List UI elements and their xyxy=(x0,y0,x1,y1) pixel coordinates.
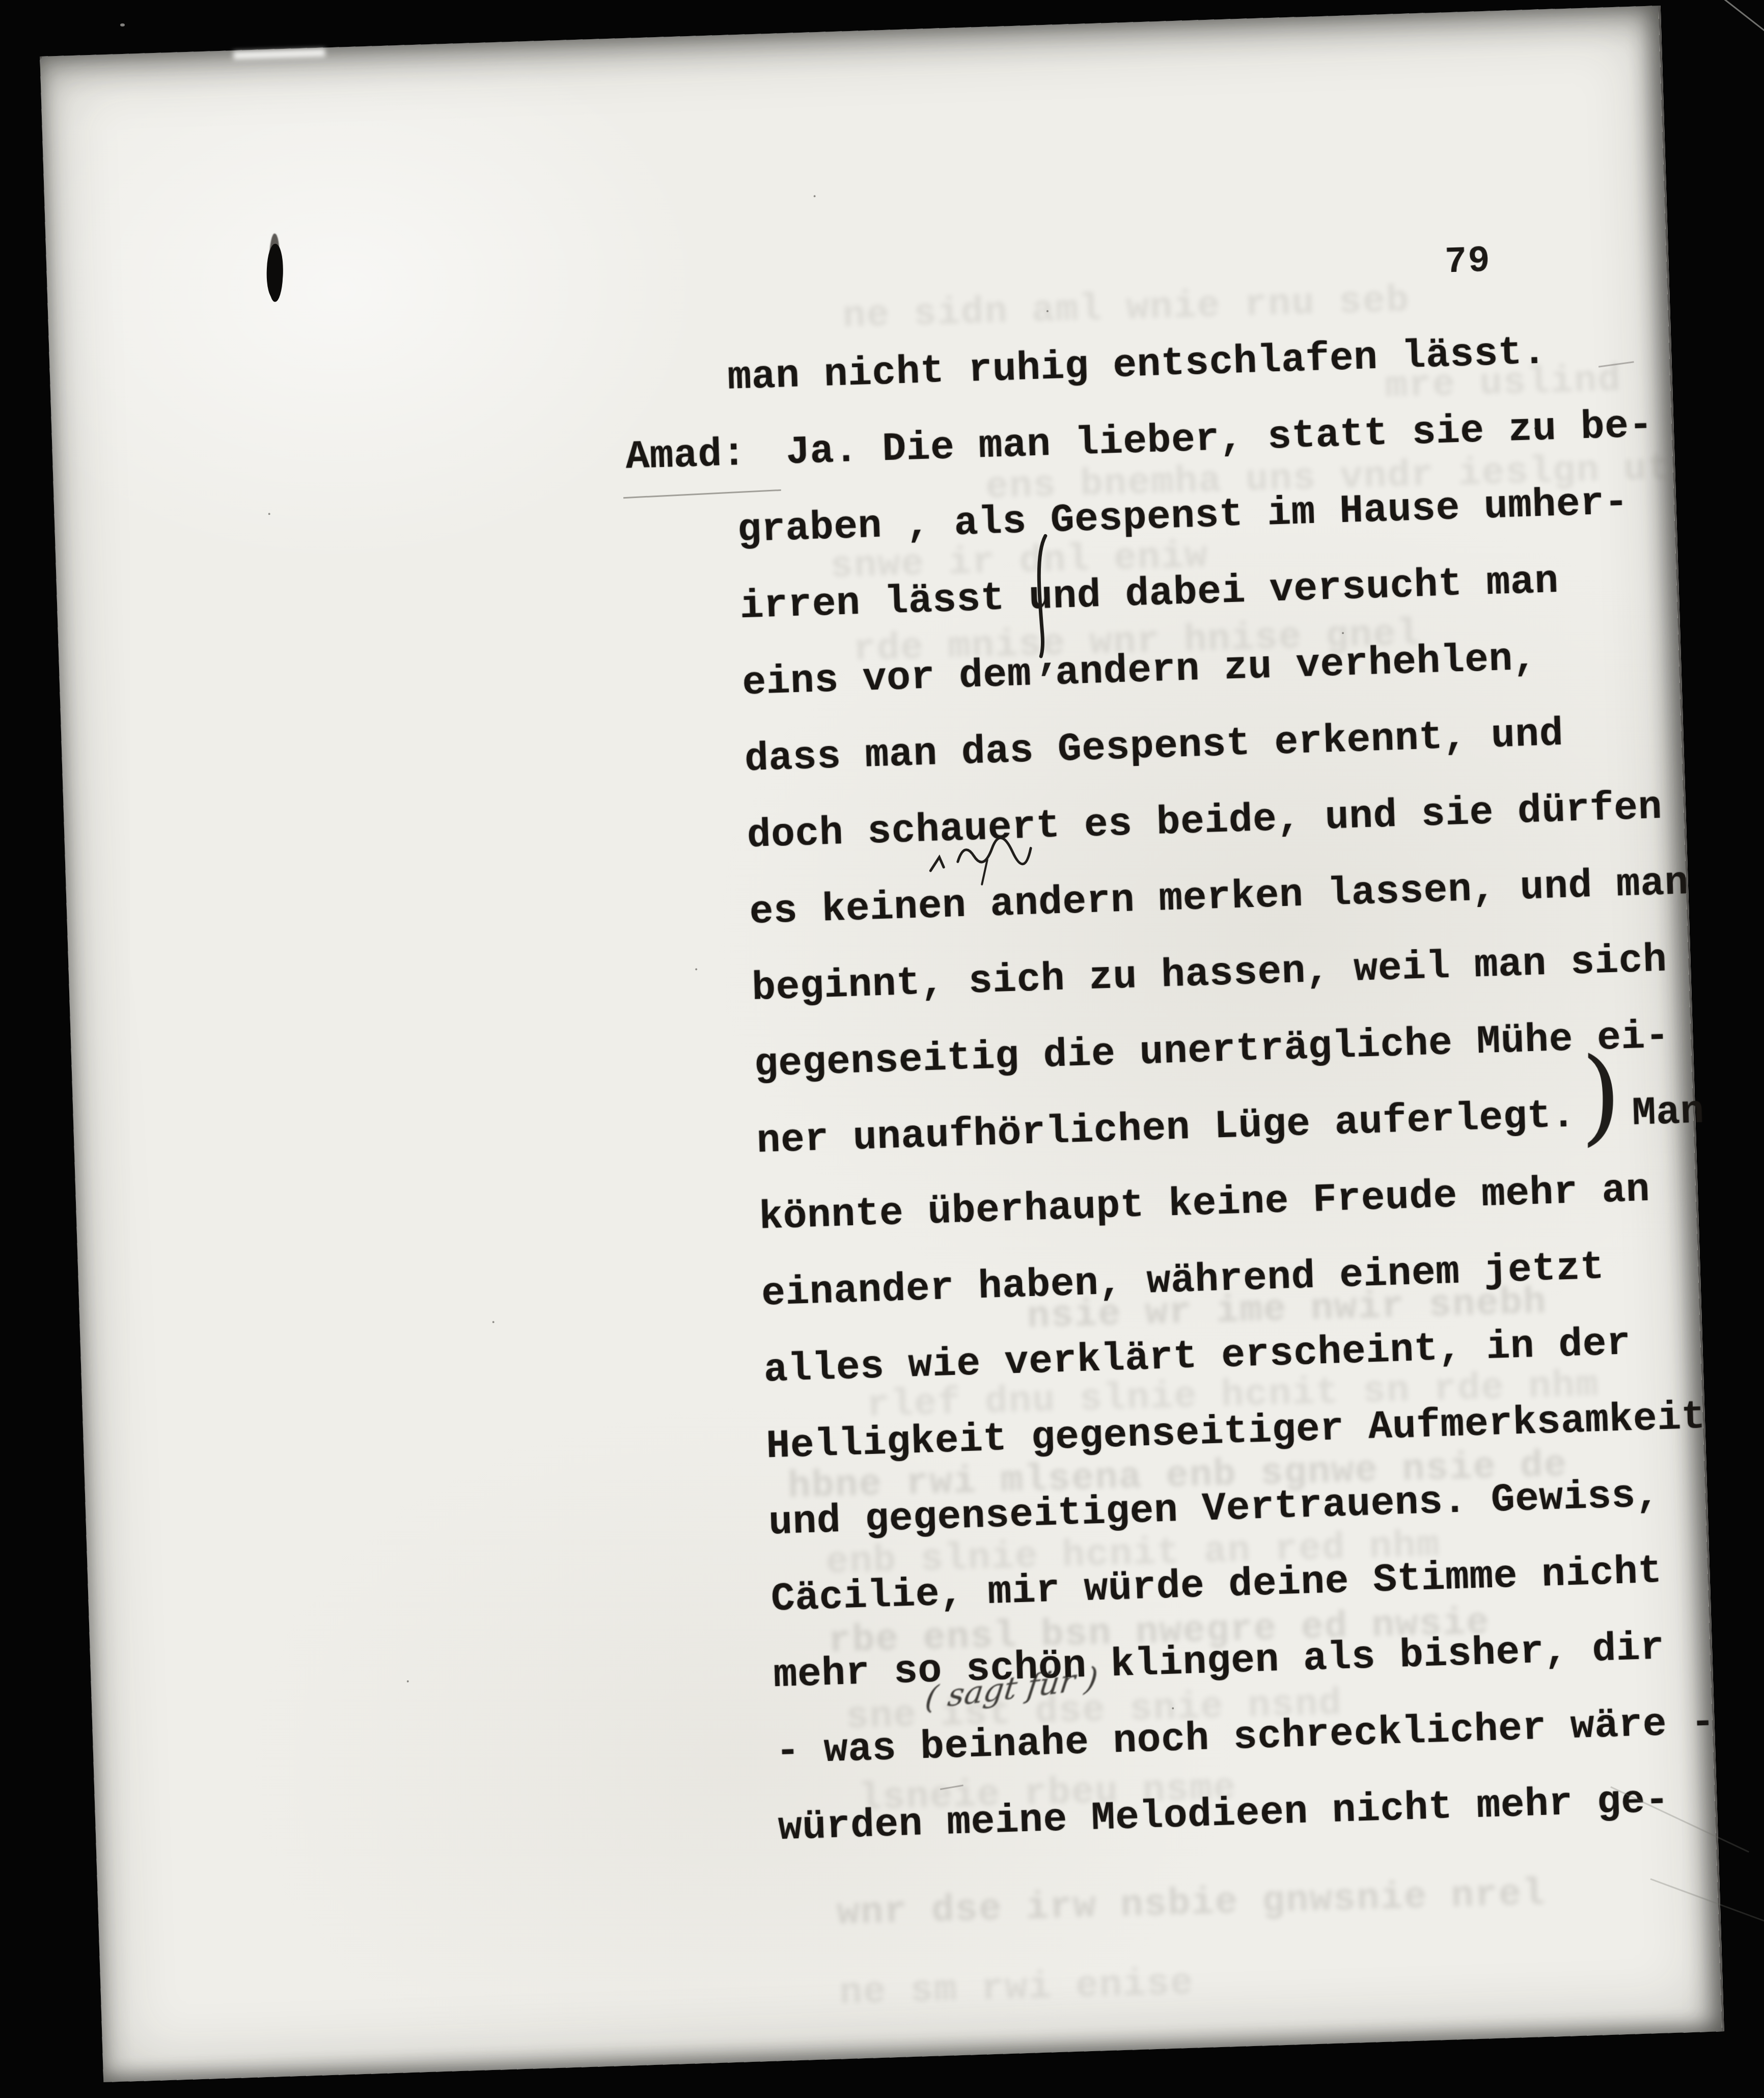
ghost-line: ne sm rwi enise xyxy=(839,1962,1194,2014)
scan-background: { "page": { "number": "79", "carryover_l… xyxy=(0,0,1764,2098)
typed-line: ner unaufhörlichen Lüge auferlegt. xyxy=(756,1093,1576,1164)
handwritten-comma: , xyxy=(1035,635,1061,682)
ghost-line: ne sidn aml wnie rnu seb xyxy=(842,280,1411,338)
ghost-line: wnr dse irw nsbie gnwsnie nrel xyxy=(836,1872,1546,1935)
typed-line: gegenseitig die unerträgliche Mühe ei- xyxy=(754,1014,1670,1087)
typed-line: könnte überhaupt keine Freude mehr an xyxy=(758,1168,1650,1240)
typed-line: doch schauert es beide, und sie dürfen xyxy=(747,785,1663,859)
white-speck xyxy=(120,23,125,26)
pencil-underline xyxy=(623,489,781,499)
ink-blob xyxy=(266,243,284,299)
handwritten-close-paren: ) xyxy=(1581,1044,1622,1149)
corner-scratch xyxy=(1722,0,1764,45)
paper-specks xyxy=(40,57,42,59)
paper-page: ne sidn aml wnie rnu seb mre uslind ens … xyxy=(40,6,1724,2082)
speaker-label: Amad: xyxy=(625,432,747,480)
handwritten-squiggle-mark xyxy=(925,827,1049,887)
scratch-mark xyxy=(1650,1879,1764,1922)
page-number: 79 xyxy=(1444,240,1492,284)
typed-line: beginnt, sich zu hassen, weil man sich xyxy=(751,938,1668,1011)
typed-line: dass man das Gespenst erkennt, und xyxy=(744,712,1564,782)
typed-line-tail: Man xyxy=(1632,1089,1705,1136)
paper-edge-streak xyxy=(233,48,325,60)
typed-line: es keinen andern merken lassen, und man xyxy=(749,861,1689,935)
